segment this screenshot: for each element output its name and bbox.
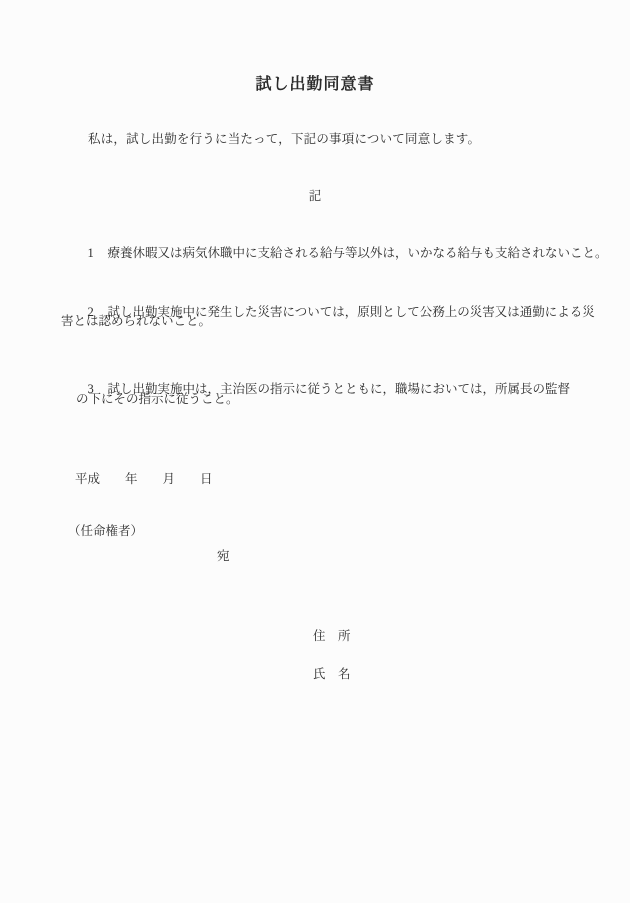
addressee-marker: 宛 — [217, 549, 230, 565]
ki-marker: 記 — [0, 189, 630, 205]
name-label: 氏 名 — [313, 667, 351, 683]
date-blank-line: 平成 年 月 日 — [75, 472, 213, 488]
item-1-number: 1 — [88, 246, 108, 262]
address-label: 住 所 — [313, 629, 351, 645]
consent-item-1: 1療養休暇又は病気休職中に支給される給与等以外は，いかなる給与も支給されないこと… — [75, 230, 608, 277]
document-title: 試し出勤同意書 — [0, 75, 630, 95]
item-1-text: 療養休暇又は病気休職中に支給される給与等以外は，いかなる給与も支給されないこと。 — [108, 246, 608, 260]
appointing-authority-label: （任命権者） — [68, 524, 143, 540]
consent-item-2-continuation: 害とは認められないこと。 — [61, 314, 211, 330]
intro-paragraph: 私は，試し出勤を行うに当たって，下記の事項について同意します。 — [88, 132, 480, 148]
document-page: 試し出勤同意書 私は，試し出勤を行うに当たって，下記の事項について同意します。 … — [0, 0, 630, 903]
consent-item-3-continuation: の下にその指示に従うこと。 — [76, 392, 239, 408]
